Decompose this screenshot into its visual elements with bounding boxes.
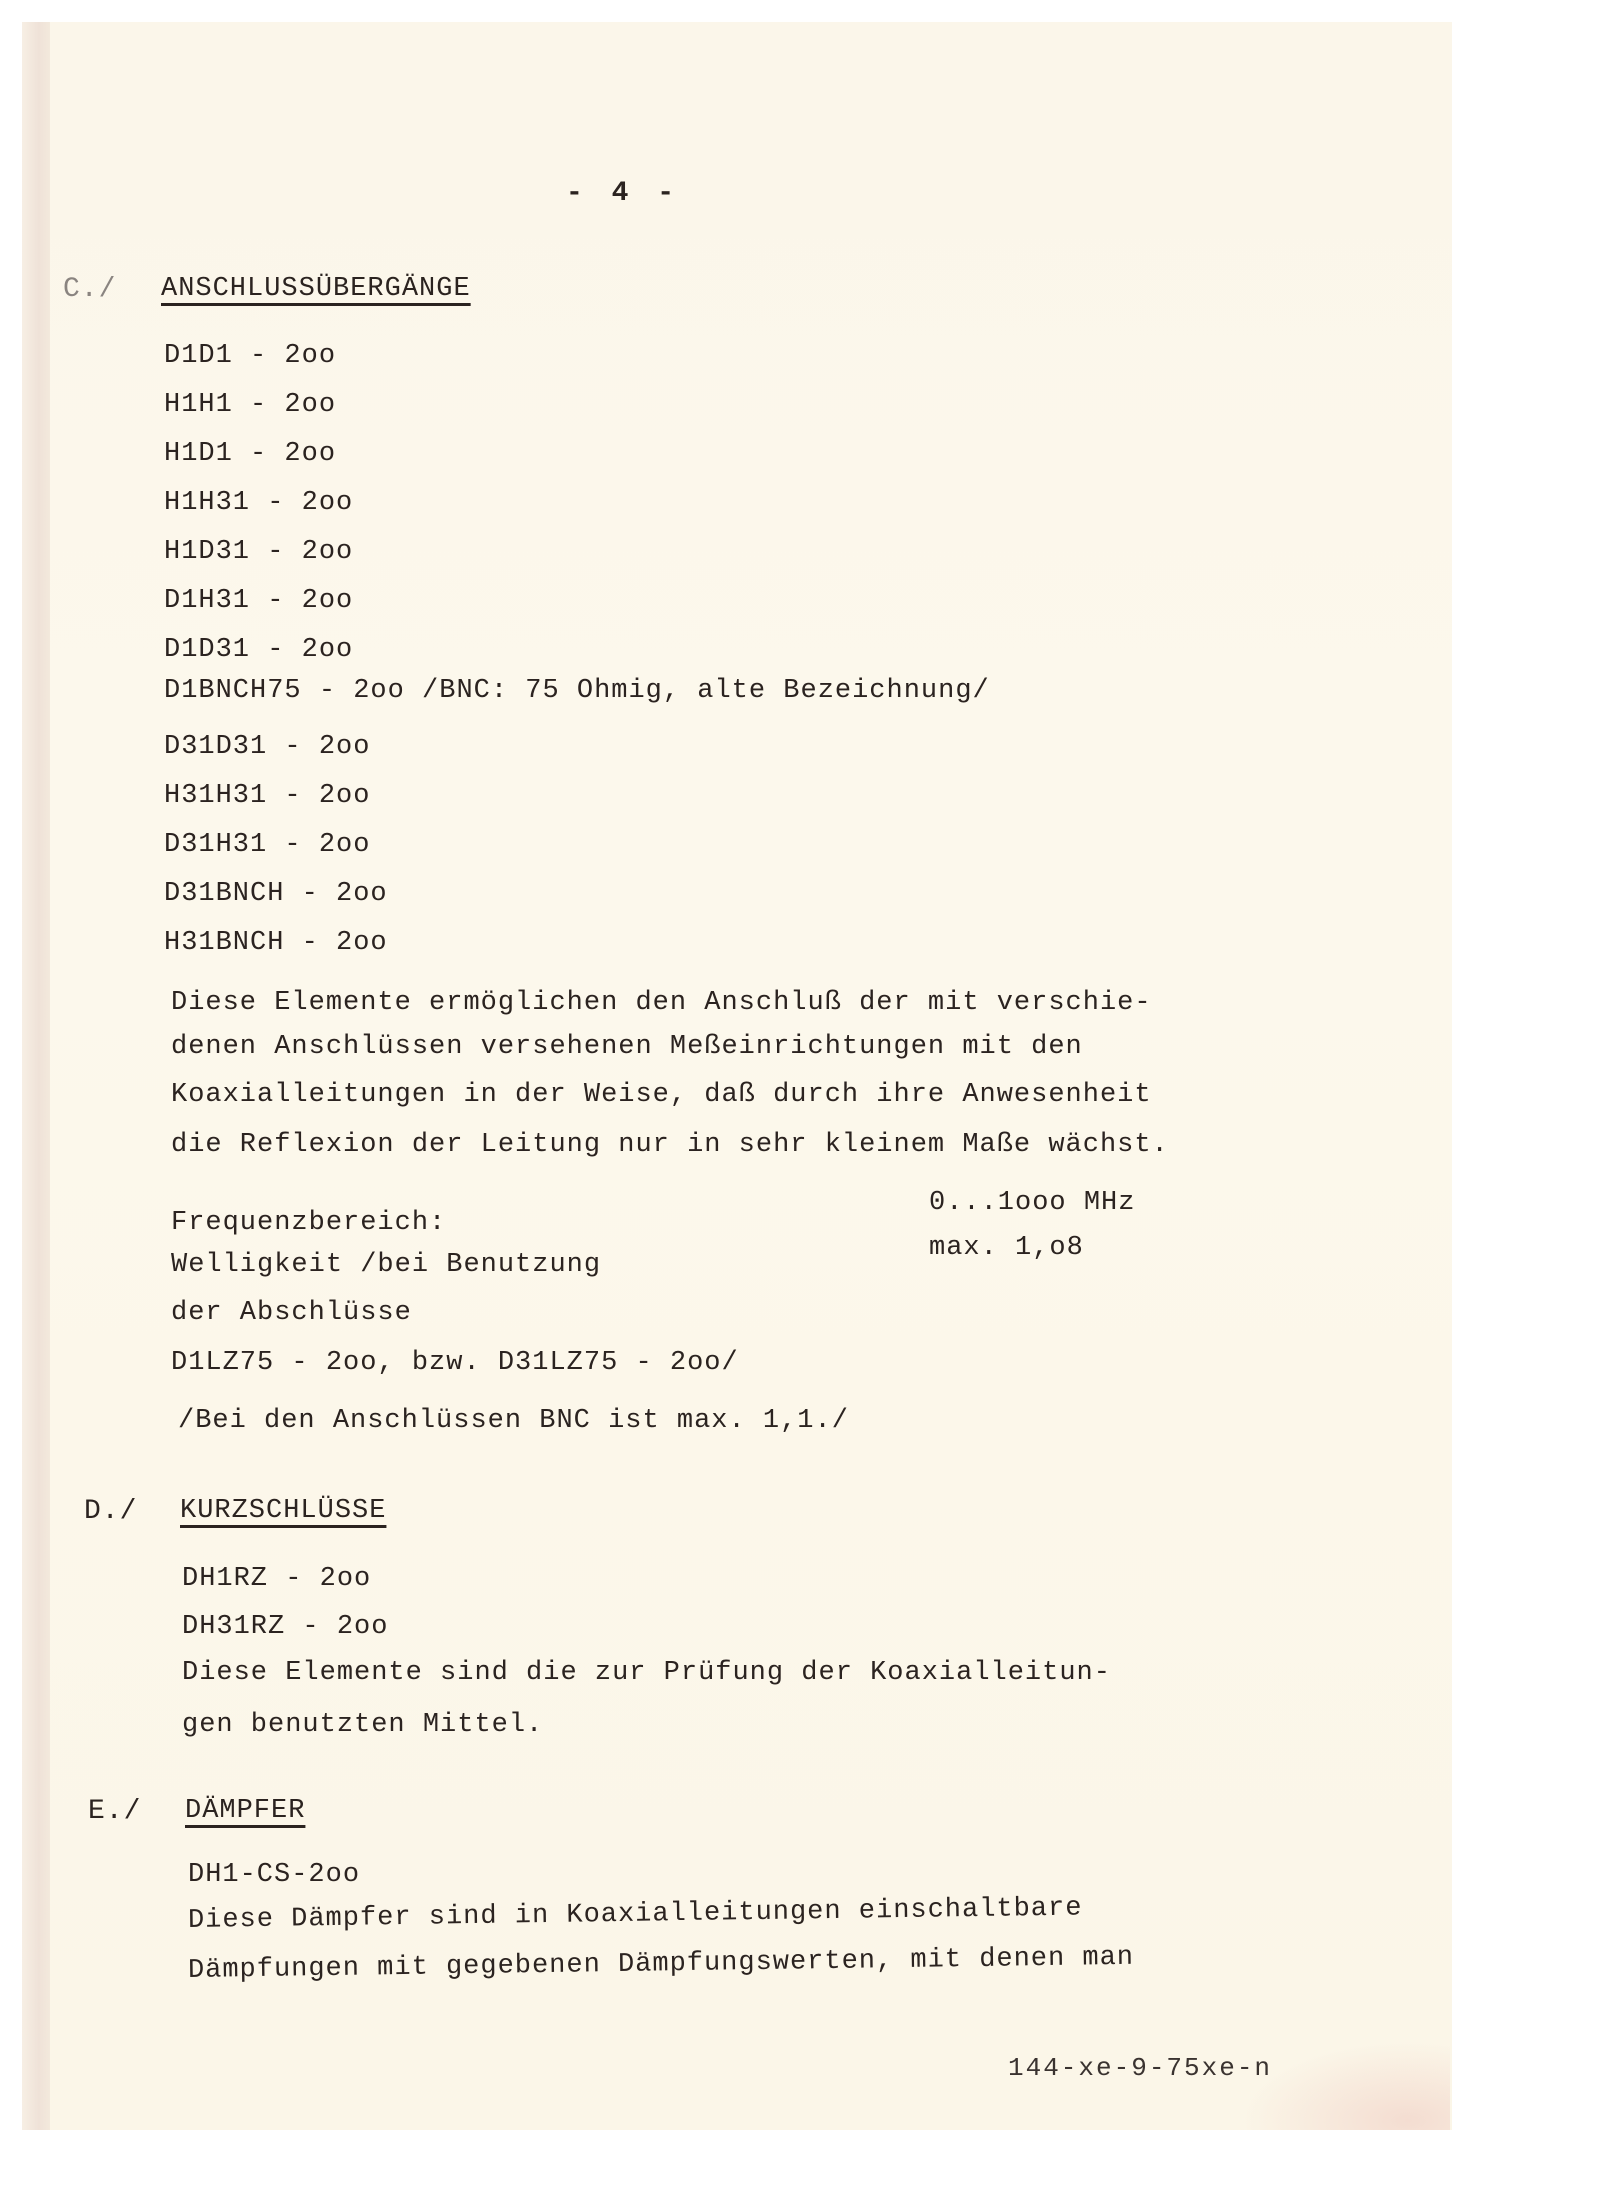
- section-e-letter: E./: [88, 1798, 141, 1826]
- list-item: D31D31 - 2oo: [164, 734, 370, 761]
- paragraph-line: Diese Elemente ermöglichen den Anschluß …: [171, 990, 1152, 1017]
- list-item: H31BNCH - 2oo: [164, 930, 388, 957]
- list-item: D31H31 - 2oo: [164, 832, 370, 859]
- list-item: D31BNCH - 2oo: [164, 881, 388, 908]
- spec-label-ripple: Welligkeit /bei Benutzung: [171, 1252, 601, 1279]
- paragraph-line: Diese Elemente sind die zur Prüfung der …: [182, 1660, 1111, 1687]
- list-item: D1D1 - 2oo: [164, 343, 336, 370]
- list-item: H1D1 - 2oo: [164, 441, 336, 468]
- paragraph-line: gen benutzten Mittel.: [182, 1712, 543, 1739]
- list-item: D1D31 - 2oo: [164, 637, 353, 664]
- section-d-title: KURZSCHLÜSSE: [180, 1498, 386, 1525]
- list-item: H1H31 - 2oo: [164, 490, 353, 517]
- page-number: - 4 -: [566, 180, 680, 208]
- section-c-title: ANSCHLUSSÜBERGÄNGE: [161, 276, 471, 303]
- spec-continuation: der Abschlüsse: [171, 1300, 412, 1327]
- list-item: D1H31 - 2oo: [164, 588, 353, 615]
- spec-label-frequency: Frequenzbereich:: [171, 1210, 446, 1237]
- section-d-letter: D./: [84, 1498, 137, 1526]
- list-item: H1D31 - 2oo: [164, 539, 353, 566]
- list-item: DH31RZ - 2oo: [182, 1614, 388, 1641]
- spec-continuation: D1LZ75 - 2oo, bzw. D31LZ75 - 2oo/: [171, 1350, 739, 1377]
- spec-value-frequency: 0...1ooo MHz: [929, 1190, 1135, 1217]
- section-c-letter: C./: [63, 276, 116, 304]
- paragraph-line: Koaxialleitungen in der Weise, daß durch…: [171, 1082, 1152, 1109]
- paragraph-line: denen Anschlüssen versehenen Meßeinricht…: [171, 1034, 1083, 1061]
- list-item: H31H31 - 2oo: [164, 783, 370, 810]
- list-item: D1BNCH75 - 2oo /BNC: 75 Ohmig, alte Beze…: [164, 678, 990, 705]
- paragraph-line: die Reflexion der Leitung nur in sehr kl…: [171, 1132, 1169, 1159]
- list-item: DH1RZ - 2oo: [182, 1566, 371, 1593]
- bnc-note: /Bei den Anschlüssen BNC ist max. 1,1./: [178, 1408, 849, 1435]
- spec-value-ripple: max. 1,o8: [929, 1235, 1084, 1262]
- section-e-title: DÄMPFER: [185, 1798, 305, 1825]
- list-item: DH1-CS-2oo: [188, 1862, 360, 1889]
- list-item: H1H1 - 2oo: [164, 392, 336, 419]
- paper-edge-shadow: [22, 22, 50, 2130]
- document-reference: 144-xe-9-75xe-n: [1008, 2055, 1272, 2081]
